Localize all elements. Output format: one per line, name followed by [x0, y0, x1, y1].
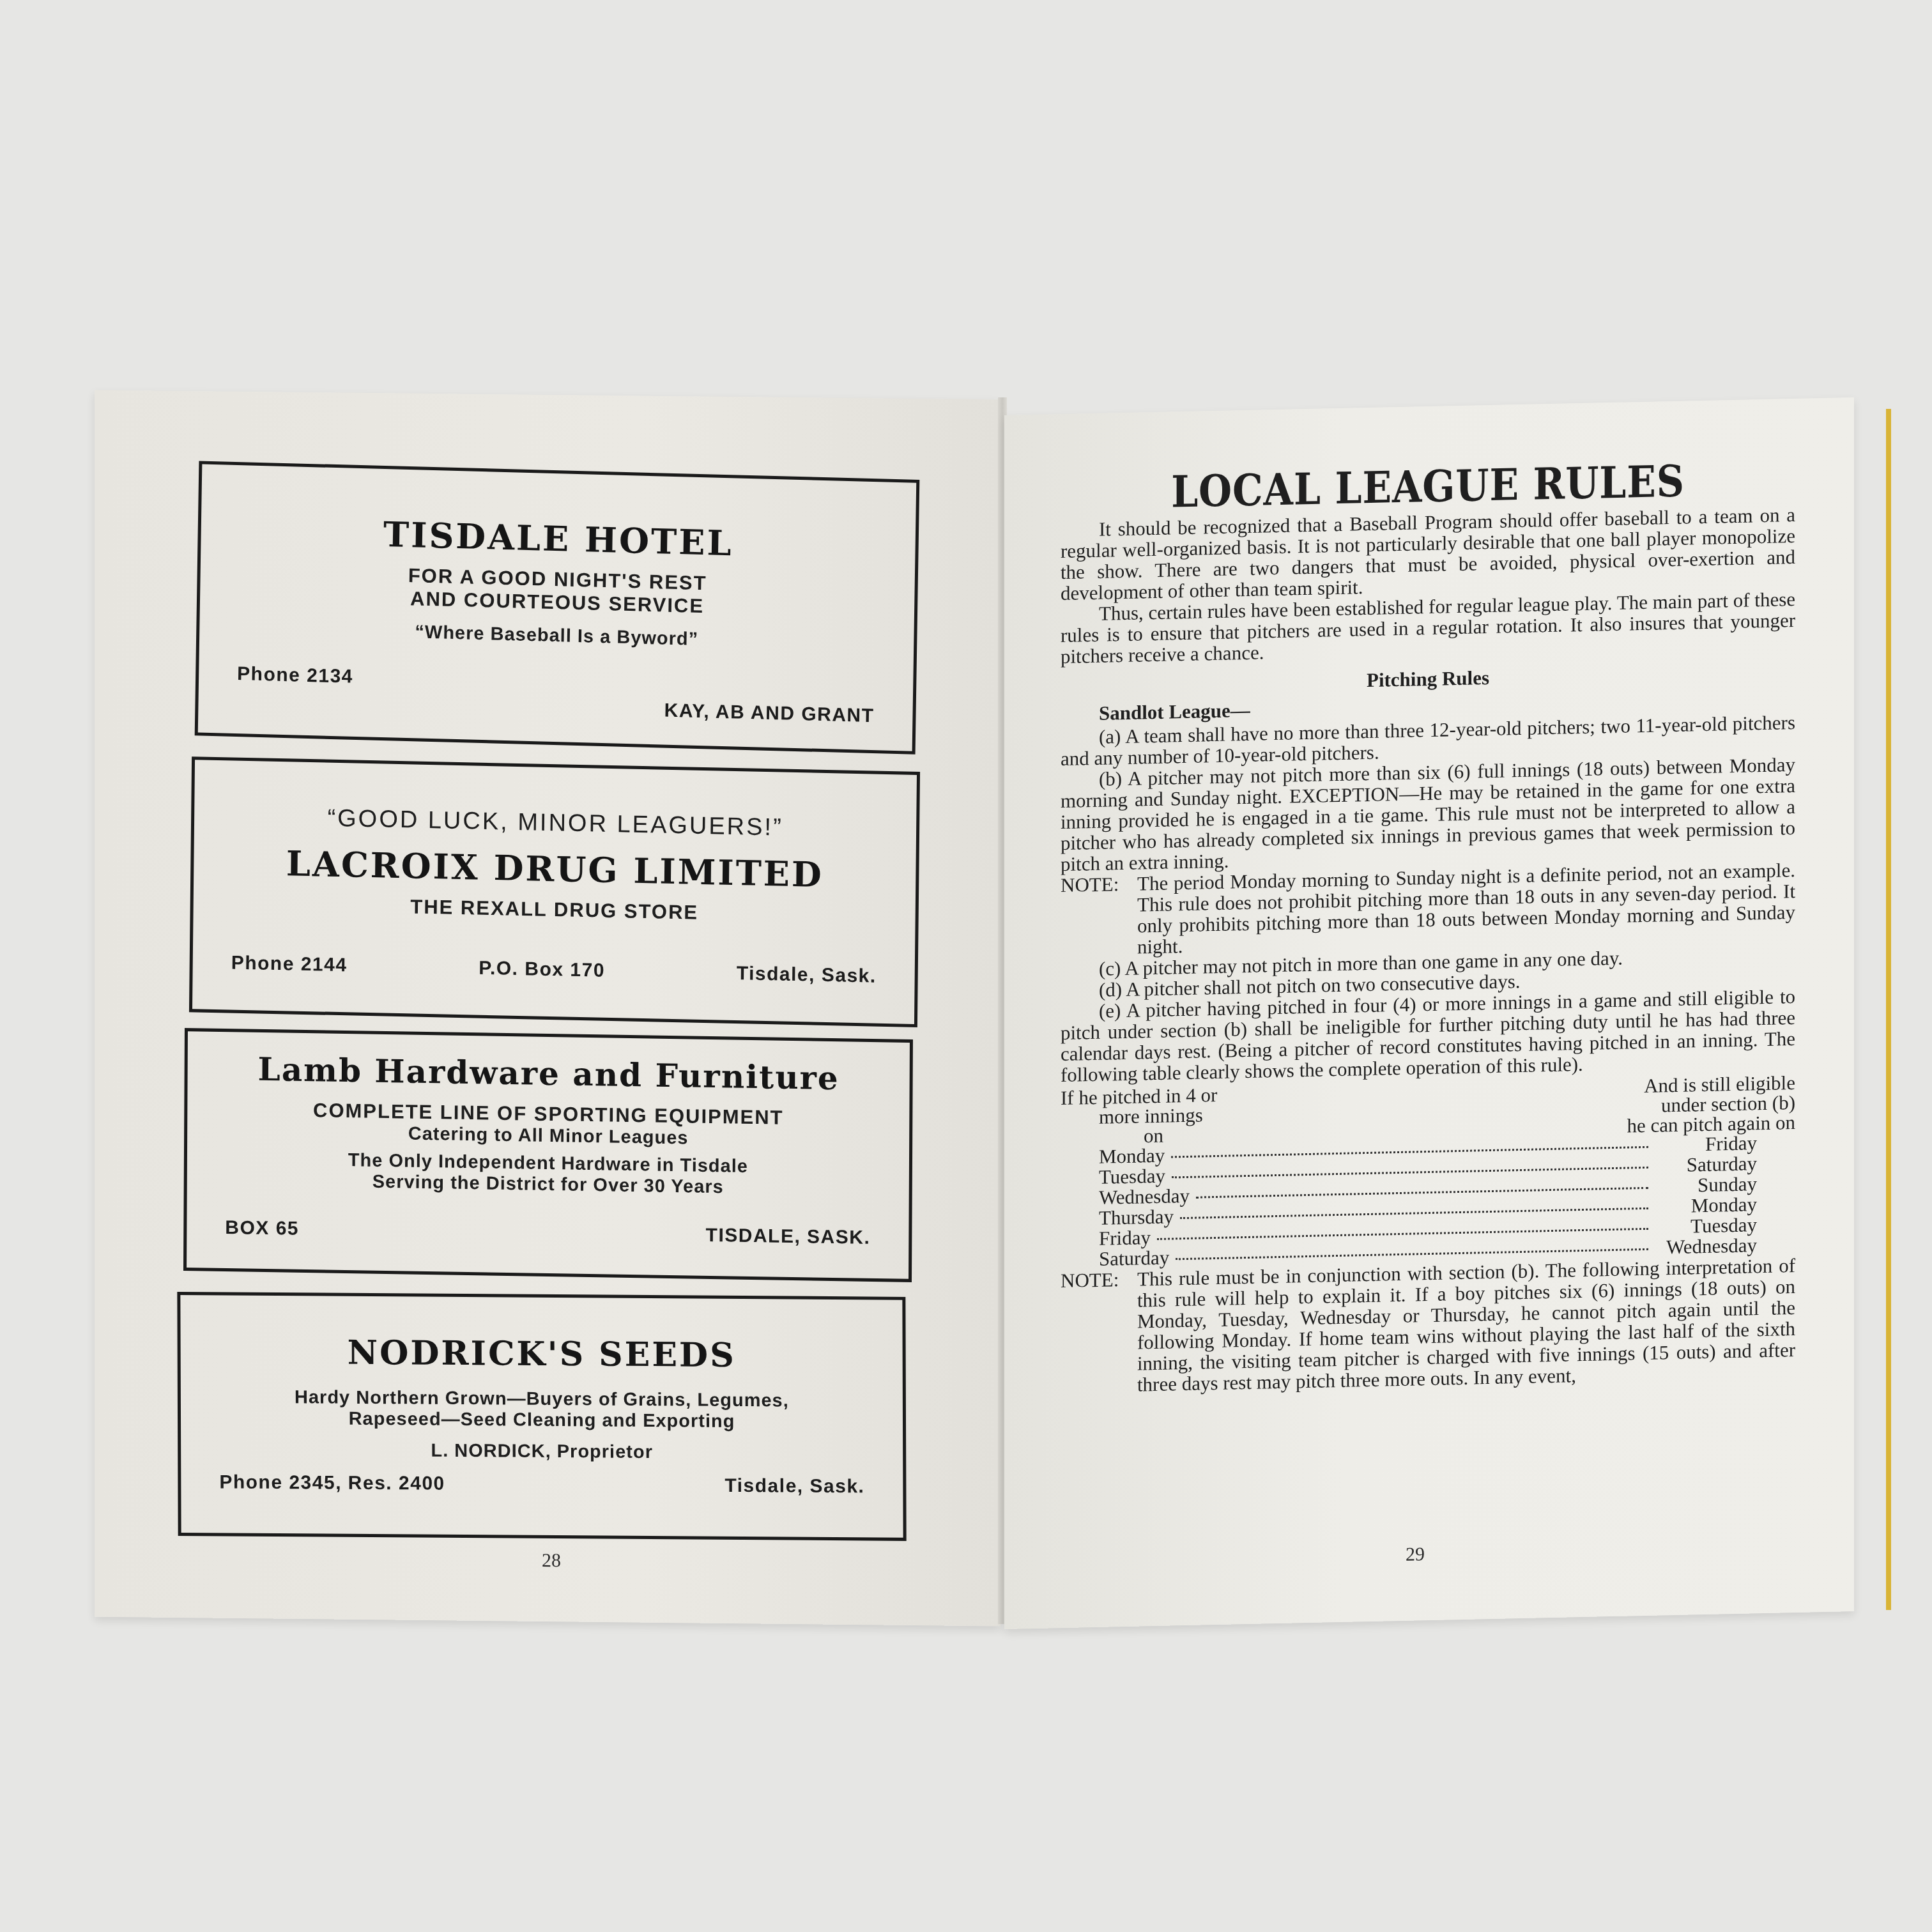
ad-location: TISDALE, SASK. — [706, 1225, 871, 1249]
rule-e: (e) A pitcher having pitched in four (4)… — [1061, 986, 1795, 1085]
ad-line: Rapeseed—Seed Cleaning and Exporting — [181, 1407, 903, 1434]
table-right-header: And is still eligible under section (b) … — [1578, 1073, 1795, 1137]
ad-tagline: “GOOD LUCK, MINOR LEAGUERS!” — [194, 802, 916, 845]
note-label: NOTE: — [1061, 1269, 1137, 1397]
ad-box: BOX 65 — [225, 1217, 299, 1240]
note-text: This rule must be in conjunction with se… — [1137, 1255, 1795, 1395]
note-text: The period Monday morning to Sunday nigh… — [1137, 859, 1795, 958]
cover-edge — [1886, 409, 1891, 1610]
ad-phone: Phone 2345, Res. 2400 — [219, 1471, 445, 1494]
ad-lacroix-drug: “GOOD LUCK, MINOR LEAGUERS!” LACROIX DRU… — [189, 756, 920, 1027]
left-page: TISDALE HOTEL FOR A GOOD NIGHT'S REST AN… — [95, 390, 1000, 1627]
ad-title: TISDALE HOTEL — [201, 509, 916, 569]
ad-title: Lamb Hardware and Furniture — [188, 1049, 910, 1098]
ad-tisdale-hotel: TISDALE HOTEL FOR A GOOD NIGHT'S REST AN… — [195, 461, 920, 754]
ad-slogan: “Where Baseball Is a Byword” — [199, 617, 914, 656]
ad-proprietors: KAY, AB AND GRANT — [664, 700, 874, 728]
pitching-rest-table: If he pitched in 4 or more innings on An… — [1061, 1073, 1795, 1270]
page-title: LOCAL LEAGUE RULES — [1105, 470, 1751, 504]
ad-subtitle: THE REXALL DRUG STORE — [194, 891, 916, 929]
ad-location: Tisdale, Sask. — [737, 963, 877, 988]
ad-location: Tisdale, Sask. — [724, 1475, 864, 1498]
ad-phone: Phone 2144 — [231, 953, 348, 977]
page-number: 28 — [542, 1550, 561, 1572]
right-page: LOCAL LEAGUE RULES It should be recogniz… — [1004, 397, 1854, 1629]
page-number: 29 — [1406, 1544, 1425, 1566]
ad-title: NODRICK'S SEEDS — [181, 1332, 903, 1376]
ad-nodricks-seeds: NODRICK'S SEEDS Hardy Northern Grown—Buy… — [177, 1292, 906, 1541]
note-2: NOTE: This rule must be in conjunction w… — [1061, 1255, 1795, 1397]
rule-b: (b) A pitcher may not pitch more than si… — [1061, 754, 1795, 875]
note-1: NOTE: The period Monday morning to Sunda… — [1061, 859, 1795, 959]
note-label: NOTE: — [1061, 873, 1137, 960]
ad-proprietor: L. NORDICK, Proprietor — [181, 1439, 903, 1465]
ad-phone: Phone 2134 — [237, 663, 353, 688]
ad-lamb-hardware: Lamb Hardware and Furniture COMPLETE LIN… — [183, 1028, 913, 1282]
rules-content: LOCAL LEAGUE RULES It should be recogniz… — [1061, 469, 1795, 1397]
intro-paragraph: It should be recognized that a Baseball … — [1061, 504, 1795, 604]
table-left-header: If he pitched in 4 or more innings on — [1061, 1085, 1217, 1147]
ad-title: LACROIX DRUG LIMITED — [194, 841, 916, 897]
ad-box: P.O. Box 170 — [479, 958, 605, 982]
intro-paragraph: Thus, certain rules have been establishe… — [1061, 588, 1795, 667]
